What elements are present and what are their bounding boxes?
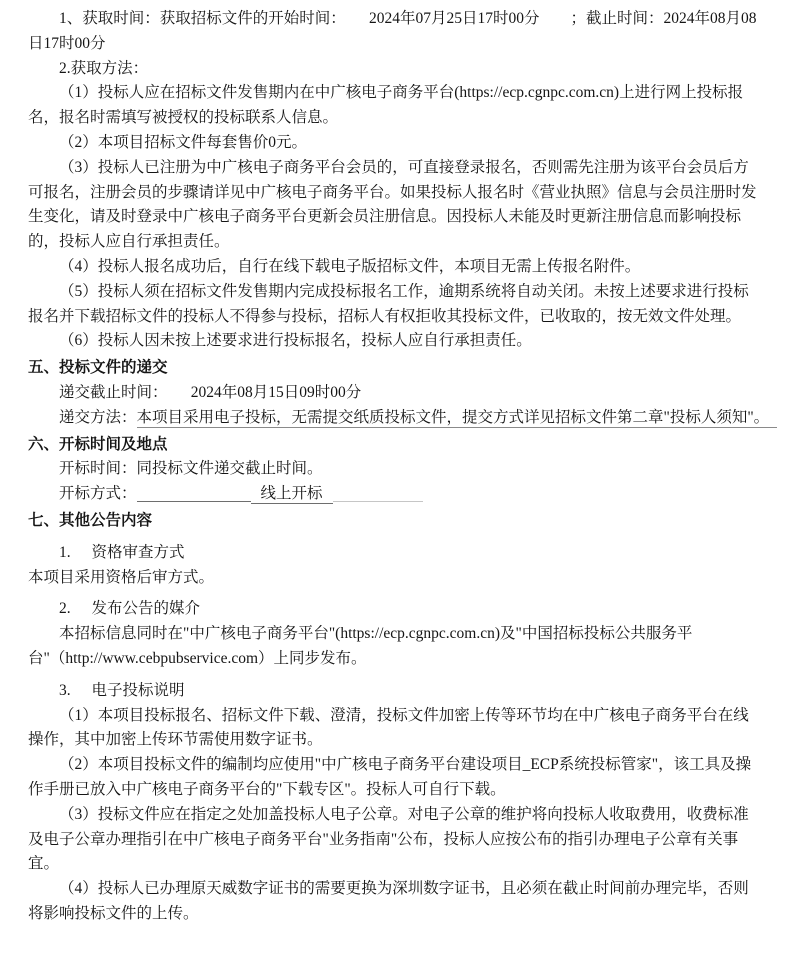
media-body: 本招标信息同时在"中广核电子商务平台"(https://ecp.cgnpc.co… (28, 622, 762, 672)
section-heading-5: 五、投标文件的递交 (28, 356, 762, 381)
section-heading-6: 六、开标时间及地点 (28, 433, 762, 458)
method-item-4: （4）投标人报名成功后，自行在线下载电子版招标文件，本项目无需上传报名附件。 (28, 255, 762, 280)
sub-item-1: 1.资格审查方式 (28, 541, 762, 566)
open-mode-label: 开标方式： (59, 485, 137, 502)
submit-method-line: 递交方法：本项目采用电子投标，无需提交纸质投标文件，提交方式详见招标文件第二章"… (28, 406, 762, 431)
method-item-3: （3）投标人已注册为中广核电子商务平台会员的，可直接登录报名，否则需先注册为该平… (28, 156, 762, 255)
section-heading-7: 七、其他公告内容 (28, 509, 762, 534)
open-mode-value: 线上开标 (251, 485, 333, 504)
open-time-line: 开标时间：同投标文件递交截止时间。 (28, 457, 762, 482)
method-item-6: （6）投标人因未按上述要求进行投标报名，投标人应自行承担责任。 (28, 329, 762, 354)
ebid-item-4: （4）投标人已办理原天威数字证书的需要更换为深圳数字证书，且必须在截止时间前办理… (28, 877, 762, 927)
method-item-1: （1）投标人应在招标文件发售期内在中广核电子商务平台(https://ecp.c… (28, 81, 762, 131)
acquire-time-line: 1、获取时间：获取招标文件的开始时间： 2024年07月25日17时00分 ；截… (28, 7, 762, 57)
blank-underline-left (137, 487, 251, 503)
blank-underline-tail (333, 487, 423, 503)
ebid-item-1: （1）本项目投标报名、招标文件下载、澄清，投标文件加密上传等环节均在中广核电子商… (28, 704, 762, 754)
submit-deadline-line: 递交截止时间： 2024年08月15日09时00分 (28, 381, 762, 406)
open-mode-line: 开标方式：线上开标 (28, 482, 762, 507)
qualification-body: 本项目采用资格后审方式。 (28, 566, 762, 591)
sub-item-2-title: 发布公告的媒介 (92, 600, 201, 617)
sub-item-2-number: 2. (59, 600, 71, 617)
sub-item-3-title: 电子投标说明 (92, 682, 185, 699)
acquire-method-heading: 2.获取方法： (28, 57, 762, 82)
submit-method-underlined-text: 本项目采用电子投标，无需提交纸质投标文件，提交方式详见招标文件第二章"投标人须知… (137, 409, 777, 428)
method-item-2: （2）本项目招标文件每套售价0元。 (28, 131, 762, 156)
ebid-item-3: （3）投标文件应在指定之处加盖投标人电子公章。对电子公章的维护将向投标人收取费用… (28, 803, 762, 877)
submit-method-label: 递交方法： (59, 409, 137, 426)
sub-item-1-number: 1. (59, 544, 71, 561)
method-item-5: （5）投标人须在招标文件发售期内完成投标报名工作，逾期系统将自动关闭。未按上述要… (28, 280, 762, 330)
sub-item-3-number: 3. (59, 682, 71, 699)
document-page: 1、获取时间：获取招标文件的开始时间： 2024年07月25日17时00分 ；截… (28, 7, 762, 927)
sub-item-2: 2.发布公告的媒介 (28, 597, 762, 622)
sub-item-3: 3.电子投标说明 (28, 679, 762, 704)
ebid-item-2: （2）本项目投标文件的编制均应使用"中广核电子商务平台建设项目_ECP系统投标管… (28, 753, 762, 803)
sub-item-1-title: 资格审查方式 (92, 544, 185, 561)
